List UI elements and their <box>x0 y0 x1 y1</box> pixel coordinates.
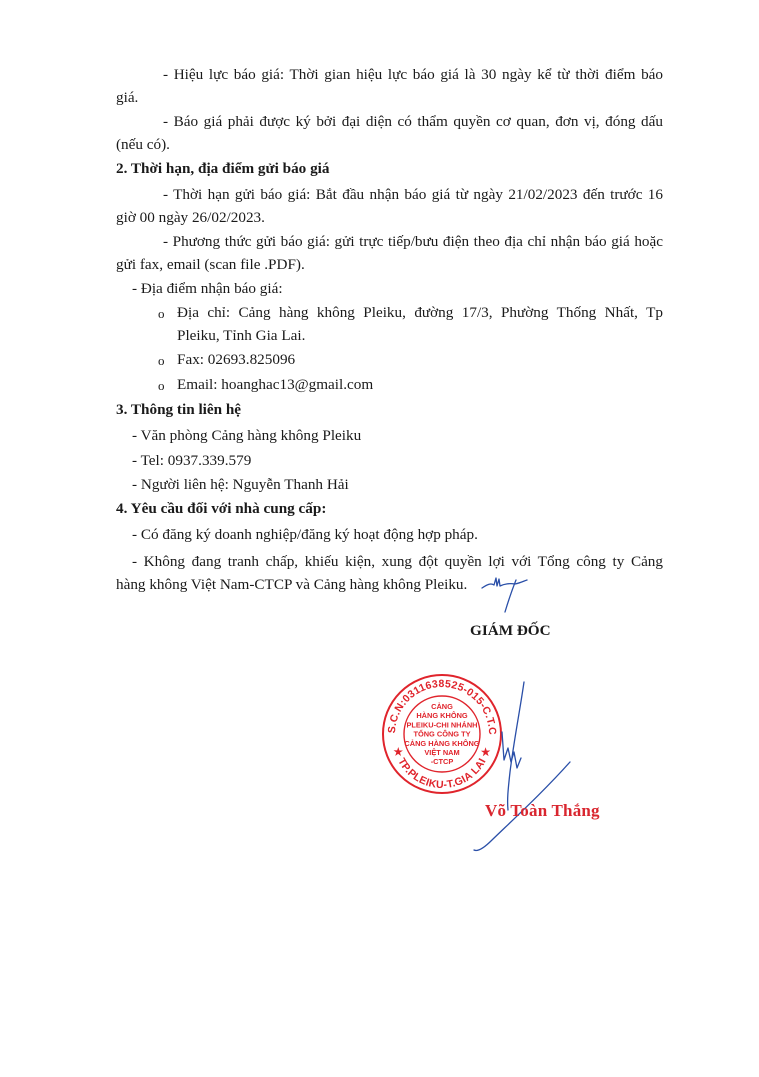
section-2-heading: 2. Thời hạn, địa điểm gửi báo giá <box>116 160 329 178</box>
location-label: - Địa điểm nhận báo giá: <box>132 280 283 298</box>
deadline-line-2: giờ 00 ngày 26/02/2023. <box>116 209 265 227</box>
contact-person: - Người liên hệ: Nguyễn Thanh Hải <box>132 476 349 494</box>
svg-text:PLEIKU-CHI NHÁNH: PLEIKU-CHI NHÁNH <box>406 720 477 729</box>
email-address: Email: hoanghac13@gmail.com <box>177 376 373 394</box>
signer-name: Võ Toàn Thắng <box>485 801 600 821</box>
svg-text:CẢNG HÀNG KHÔNG: CẢNG HÀNG KHÔNG <box>404 739 479 748</box>
svg-text:CẢNG: CẢNG <box>431 702 453 711</box>
address-line-1: Địa chỉ: Cảng hàng không Pleiku, đường 1… <box>177 304 663 322</box>
validity-line-2: giá. <box>116 89 138 107</box>
method-line-1: - Phương thức gửi báo giá: gửi trực tiếp… <box>163 233 663 251</box>
svg-text:HÀNG KHÔNG: HÀNG KHÔNG <box>416 711 468 720</box>
requirement-2-line-2: hàng không Việt Nam-CTCP và Cảng hàng kh… <box>116 576 467 594</box>
fax-number: Fax: 02693.825096 <box>177 351 295 369</box>
address-line-2: Pleiku, Tỉnh Gia Lai. <box>177 327 305 345</box>
bullet-circle-icon: o <box>158 377 165 395</box>
document-page: - Hiệu lực báo giá: Thời gian hiệu lực b… <box>0 0 759 1077</box>
contact-office: - Văn phòng Cảng hàng không Pleiku <box>132 427 361 445</box>
section-3-heading: 3. Thông tin liên hệ <box>116 401 241 419</box>
contact-tel: - Tel: 0937.339.579 <box>132 452 251 470</box>
method-line-2: gửi fax, email (scan file .PDF). <box>116 256 305 274</box>
signer-title: GIÁM ĐỐC <box>470 622 551 640</box>
requirement-1: - Có đăng ký doanh nghiệp/đăng ký hoạt đ… <box>132 526 478 544</box>
signed-line-1: - Báo giá phải được ký bởi đại diện có t… <box>163 113 663 131</box>
deadline-line-1: - Thời hạn gửi báo giá: Bắt đầu nhận báo… <box>163 186 663 204</box>
signed-line-2: (nếu có). <box>116 136 170 154</box>
svg-text:VIỆT NAM: VIỆT NAM <box>424 748 459 757</box>
svg-text:TỔNG CÔNG TY: TỔNG CÔNG TY <box>413 730 470 739</box>
official-stamp: M.S.C.N:0311638525-015-C.T.C.P ★ TP.PLEI… <box>381 673 503 795</box>
bullet-circle-icon: o <box>158 352 165 370</box>
svg-text:-CTCP: -CTCP <box>431 757 454 766</box>
requirement-2-line-1: - Không đang tranh chấp, khiếu kiện, xun… <box>132 553 663 571</box>
section-4-heading: 4. Yêu cầu đối với nhà cung cấp: <box>116 500 326 518</box>
validity-line-1: - Hiệu lực báo giá: Thời gian hiệu lực b… <box>163 66 663 84</box>
bullet-circle-icon: o <box>158 305 165 323</box>
